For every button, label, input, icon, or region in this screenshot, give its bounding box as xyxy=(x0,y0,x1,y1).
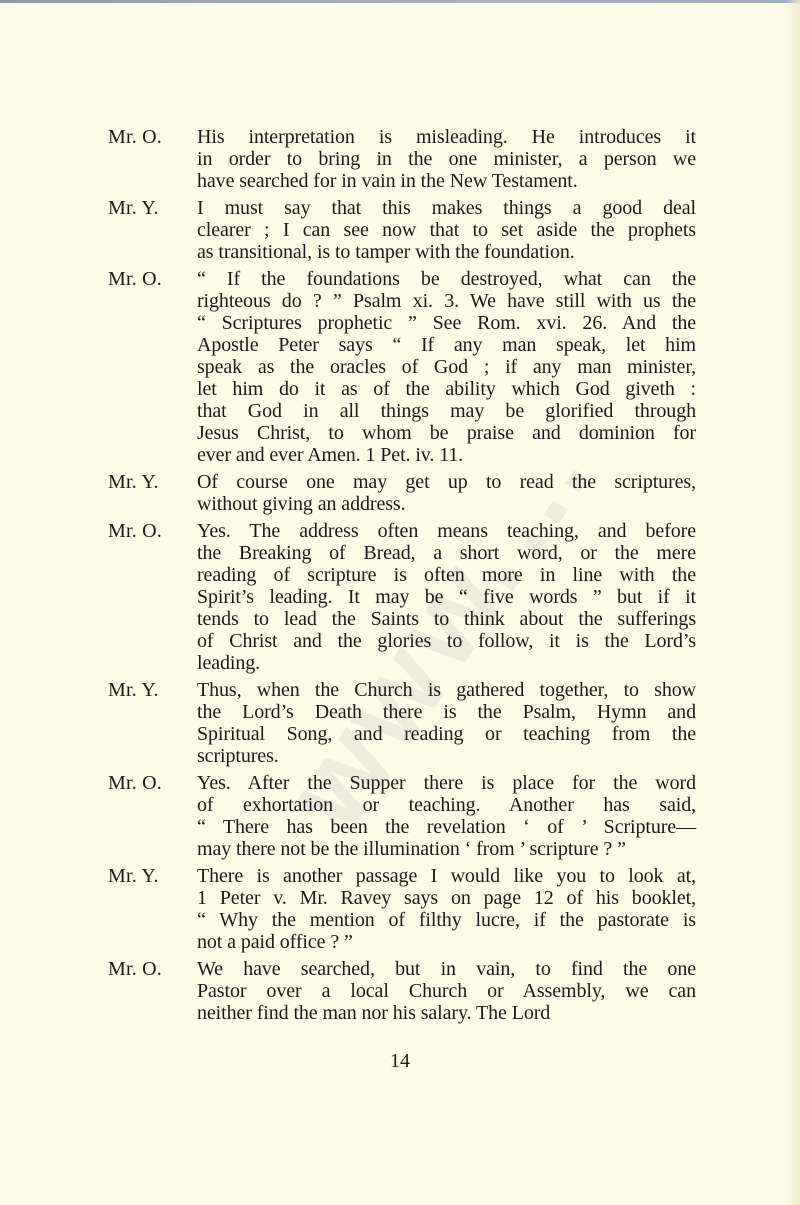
speech-text: There is another passage I would like yo… xyxy=(197,865,696,953)
speaker-label: Mr. O. xyxy=(108,268,197,466)
scan-top-edge xyxy=(0,0,800,3)
dialogue-entry: Mr. Y.Thus, when the Church is gathered … xyxy=(108,679,696,767)
scan-right-edge xyxy=(786,0,800,1205)
text-line: Spiritual Song, and reading or teaching … xyxy=(197,723,696,745)
dialogue-body: Mr. O.His interpretation is misleading. … xyxy=(108,126,696,1029)
text-line: may there not be the illumination ‘ from… xyxy=(197,838,696,860)
speaker-label: Mr. O. xyxy=(108,520,197,674)
text-line: Yes. The address often means teaching, a… xyxy=(197,520,696,542)
text-line: neither find the man nor his salary. The… xyxy=(197,1002,696,1024)
text-line: I must say that this makes things a good… xyxy=(197,197,696,219)
text-line: Pastor over a local Church or Assembly, … xyxy=(197,980,696,1002)
text-line: “ Scriptures prophetic ” See Rom. xvi. 2… xyxy=(197,312,696,334)
speech-text: We have searched, but in vain, to find t… xyxy=(197,958,696,1024)
text-line: of exhortation or teaching. Another has … xyxy=(197,794,696,816)
text-line: in order to bring in the one minister, a… xyxy=(197,148,696,170)
text-line: ever and ever Amen. 1 Pet. iv. 11. xyxy=(197,444,696,466)
speaker-label: Mr. O. xyxy=(108,126,197,192)
speech-text: His interpretation is misleading. He int… xyxy=(197,126,696,192)
text-line: not a paid office ? ” xyxy=(197,931,696,953)
text-line: the Breaking of Bread, a short word, or … xyxy=(197,542,696,564)
text-line: of Christ and the glories to follow, it … xyxy=(197,630,696,652)
text-line: reading of scripture is often more in li… xyxy=(197,564,696,586)
dialogue-entry: Mr. Y.There is another passage I would l… xyxy=(108,865,696,953)
text-line: There is another passage I would like yo… xyxy=(197,865,696,887)
text-line: Yes. After the Supper there is place for… xyxy=(197,772,696,794)
speaker-label: Mr. Y. xyxy=(108,471,197,515)
dialogue-entry: Mr. O.We have searched, but in vain, to … xyxy=(108,958,696,1024)
speaker-label: Mr. O. xyxy=(108,772,197,860)
dialogue-entry: Mr. Y.I must say that this makes things … xyxy=(108,197,696,263)
dialogue-entry: Mr. O.“ If the foundations be destroyed,… xyxy=(108,268,696,466)
text-line: without giving an address. xyxy=(197,493,696,515)
speaker-label: Mr. Y. xyxy=(108,197,197,263)
text-line: let him do it as of the ability which Go… xyxy=(197,378,696,400)
text-line: have searched for in vain in the New Tes… xyxy=(197,170,696,192)
speaker-label: Mr. Y. xyxy=(108,679,197,767)
dialogue-entry: Mr. O.Yes. The address often means teach… xyxy=(108,520,696,674)
text-line: scriptures. xyxy=(197,745,696,767)
text-line: clearer ; I can see now that to set asid… xyxy=(197,219,696,241)
speech-text: Thus, when the Church is gathered togeth… xyxy=(197,679,696,767)
text-line: tends to lead the Saints to think about … xyxy=(197,608,696,630)
text-line: speak as the oracles of God ; if any man… xyxy=(197,356,696,378)
text-line: “ Why the mention of filthy lucre, if th… xyxy=(197,909,696,931)
text-line: “ There has been the revelation ‘ of ’ S… xyxy=(197,816,696,838)
text-line: Apostle Peter says “ If any man speak, l… xyxy=(197,334,696,356)
speaker-label: Mr. O. xyxy=(108,958,197,1024)
text-line: Thus, when the Church is gathered togeth… xyxy=(197,679,696,701)
text-line: “ If the foundations be destroyed, what … xyxy=(197,268,696,290)
page-number: 14 xyxy=(0,1050,800,1072)
speech-text: Of course one may get up to read the scr… xyxy=(197,471,696,515)
dialogue-entry: Mr. O.Yes. After the Supper there is pla… xyxy=(108,772,696,860)
text-line: the Lord’s Death there is the Psalm, Hym… xyxy=(197,701,696,723)
text-line: Spirit’s leading. It may be “ five words… xyxy=(197,586,696,608)
text-line: as transitional, is to tamper with the f… xyxy=(197,241,696,263)
speaker-label: Mr. Y. xyxy=(108,865,197,953)
speech-text: “ If the foundations be destroyed, what … xyxy=(197,268,696,466)
speech-text: I must say that this makes things a good… xyxy=(197,197,696,263)
text-line: leading. xyxy=(197,652,696,674)
text-line: 1 Peter v. Mr. Ravey says on page 12 of … xyxy=(197,887,696,909)
speech-text: Yes. After the Supper there is place for… xyxy=(197,772,696,860)
text-line: that God in all things may be glorified … xyxy=(197,400,696,422)
dialogue-entry: Mr. O.His interpretation is misleading. … xyxy=(108,126,696,192)
text-line: righteous do ? ” Psalm xi. 3. We have st… xyxy=(197,290,696,312)
text-line: We have searched, but in vain, to find t… xyxy=(197,958,696,980)
dialogue-entry: Mr. Y.Of course one may get up to read t… xyxy=(108,471,696,515)
text-line: His interpretation is misleading. He int… xyxy=(197,126,696,148)
text-line: Of course one may get up to read the scr… xyxy=(197,471,696,493)
text-line: Jesus Christ, to whom be praise and domi… xyxy=(197,422,696,444)
speech-text: Yes. The address often means teaching, a… xyxy=(197,520,696,674)
